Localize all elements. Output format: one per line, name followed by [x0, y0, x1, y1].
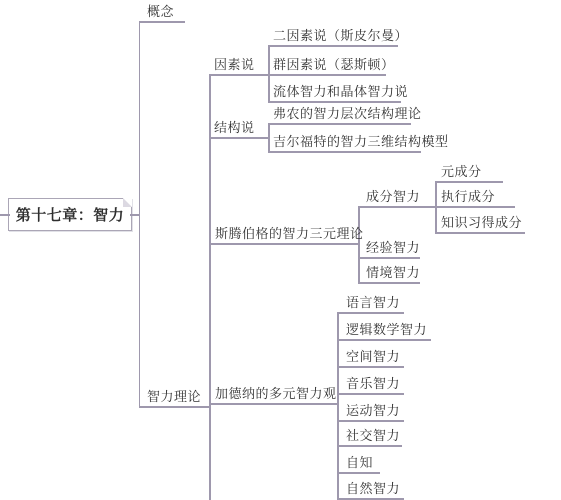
node-factor-theory[interactable]: 因素说	[214, 57, 255, 72]
node-performance-components[interactable]: 执行成分	[441, 189, 495, 204]
folded-corner-decoration	[123, 198, 132, 207]
underline-structure	[209, 137, 269, 139]
node-knowledge-acquisition[interactable]: 知识习得成分	[441, 215, 522, 230]
underline-factor	[209, 74, 269, 76]
node-self-knowledge[interactable]: 自知	[346, 455, 373, 470]
node-structure-theory[interactable]: 结构说	[214, 120, 255, 135]
root-node-chapter-intelligence[interactable]: 第十七章：智力	[8, 198, 132, 231]
underline-componential	[358, 206, 436, 208]
underline-guilford	[268, 151, 421, 153]
node-logical-mathematical[interactable]: 逻辑数学智力	[346, 322, 427, 337]
node-spatial-intelligence[interactable]: 空间智力	[346, 349, 400, 364]
node-vernon-hierarchical[interactable]: 弗农的智力层次结构理论	[273, 106, 422, 121]
connector-line	[0, 214, 10, 216]
node-musical-intelligence[interactable]: 音乐智力	[346, 376, 400, 391]
node-metacomponents[interactable]: 元成分	[441, 164, 482, 179]
underline-social	[337, 445, 402, 447]
underline-linguistic	[337, 312, 404, 314]
node-sternberg-triarchic[interactable]: 斯腾伯格的智力三元理论	[215, 226, 364, 241]
underline-two-factor	[268, 45, 398, 47]
underline-theory	[139, 406, 211, 408]
underline-naturalist	[337, 498, 404, 500]
underline-experiential	[358, 257, 420, 259]
node-social-intelligence[interactable]: 社交智力	[346, 428, 400, 443]
node-contextual-intelligence[interactable]: 情境智力	[366, 265, 420, 280]
node-linguistic-intelligence[interactable]: 语言智力	[346, 295, 400, 310]
underline-contextual	[358, 282, 420, 284]
underline-knowledge	[435, 232, 525, 234]
underline-musical	[337, 393, 404, 395]
underline-self	[337, 472, 380, 474]
underline-performance	[435, 206, 515, 208]
node-kinesthetic-intelligence[interactable]: 运动智力	[346, 403, 400, 418]
underline-concept	[139, 21, 185, 23]
node-group-factor-thurstone[interactable]: 群因素说（瑟斯顿）	[273, 57, 395, 72]
node-componential-intelligence[interactable]: 成分智力	[366, 189, 420, 204]
underline-spatial	[337, 366, 404, 368]
node-two-factor-spearman[interactable]: 二因素说（斯皮尔曼）	[273, 28, 408, 43]
underline-vernon	[268, 123, 411, 125]
underline-logical	[337, 339, 431, 341]
underline-gardner	[209, 403, 338, 405]
underline-group-factor	[268, 74, 386, 76]
mindmap-canvas: 第十七章：智力 概念 智力理论 因素说 结构说 斯腾伯格的智力三元理论 加德纳的…	[0, 0, 561, 500]
node-fluid-crystallized[interactable]: 流体智力和晶体智力说	[273, 84, 408, 99]
underline-fluid	[268, 101, 401, 103]
node-gardner-multiple[interactable]: 加德纳的多元智力观	[215, 386, 337, 401]
node-guilford-3d-model[interactable]: 吉尔福特的智力三维结构模型	[273, 134, 449, 149]
node-intelligence-theory[interactable]: 智力理论	[147, 389, 201, 404]
underline-sternberg	[209, 243, 359, 245]
node-experiential-intelligence[interactable]: 经验智力	[366, 240, 420, 255]
root-node-label: 第十七章：智力	[16, 204, 125, 225]
connector-line-sternberg-children	[358, 206, 360, 284]
node-concept[interactable]: 概念	[147, 4, 174, 19]
connector-line-trunk	[139, 21, 141, 407]
node-naturalist-intelligence[interactable]: 自然智力	[346, 481, 400, 496]
underline-meta	[435, 181, 503, 183]
underline-kinesthetic	[337, 420, 404, 422]
connector-line-componential-children	[435, 181, 437, 234]
